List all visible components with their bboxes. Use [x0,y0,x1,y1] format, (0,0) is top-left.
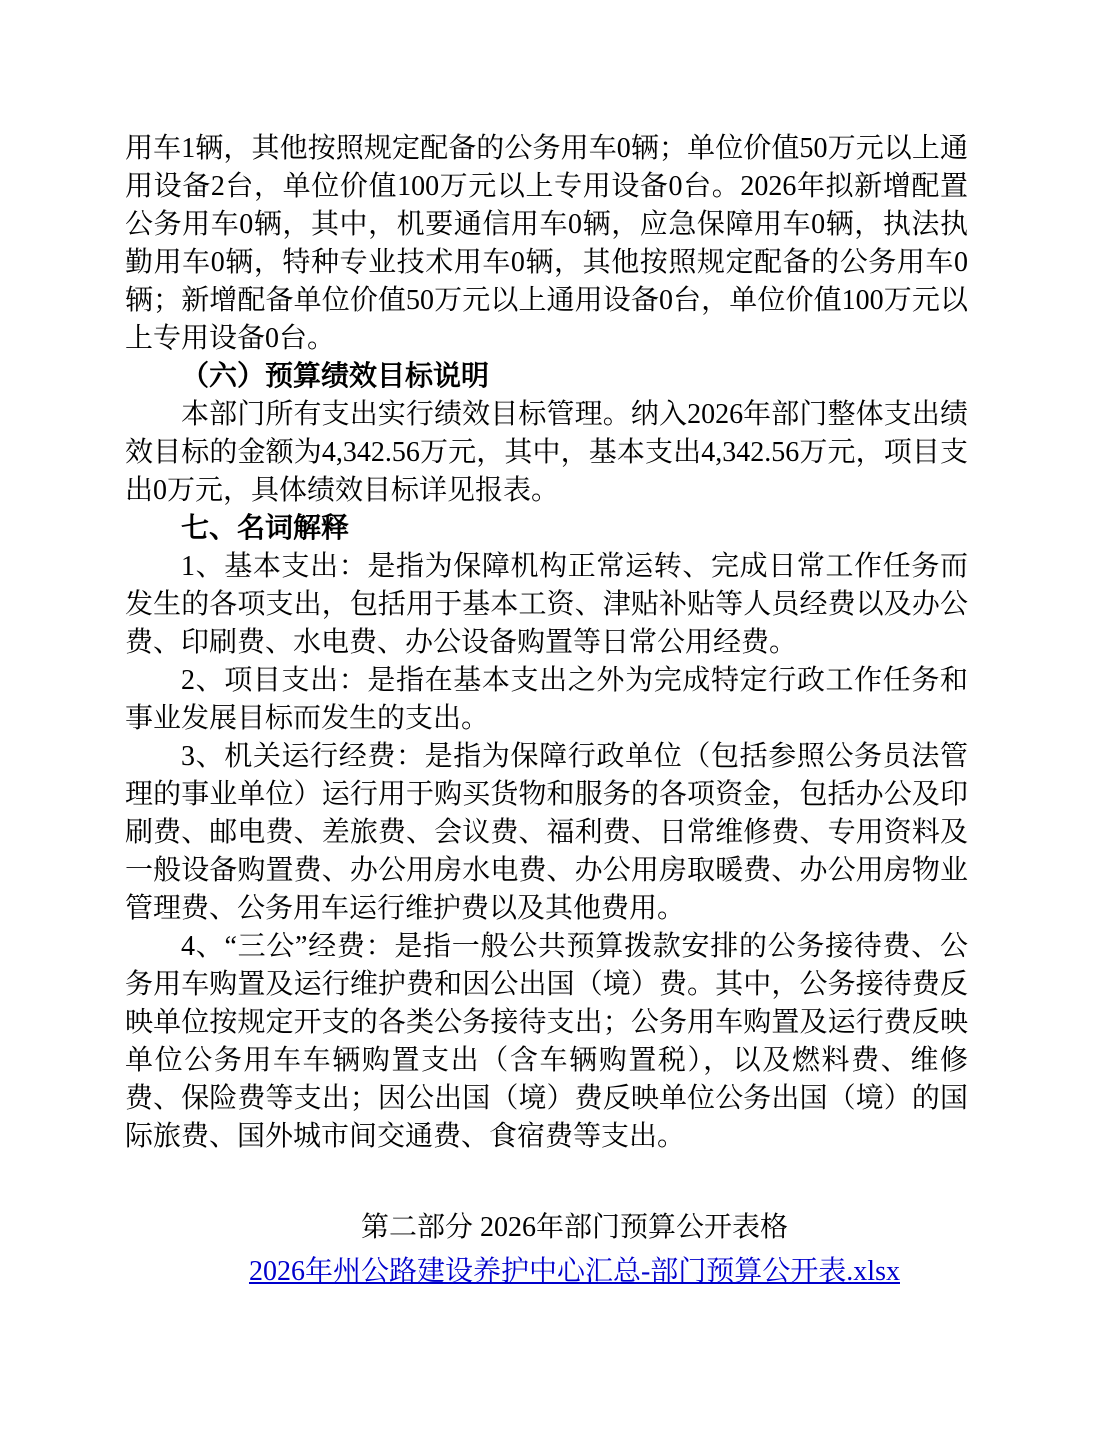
heading-section-7-glossary: 七、名词解释 [125,510,968,548]
attachment-link-xlsx[interactable]: 2026年州公路建设养护中心汇总-部门预算公开表.xlsx [249,1256,900,1287]
attachment-link-line: 2026年州公路建设养护中心汇总-部门预算公开表.xlsx [125,1250,968,1294]
paragraph-term-agency-operating-funds: 3、机关运行经费：是指为保障行政单位（包括参照公务员法管理的事业单位）运行用于购… [125,738,968,928]
paragraph-performance-target-amounts: 本部门所有支出实行绩效目标管理。纳入2026年部门整体支出绩效目标的金额为4,3… [125,396,968,510]
paragraph-term-three-public-funds: 4、“三公”经费：是指一般公共预算拨款安排的公务接待费、公务用车购置及运行维护费… [125,928,968,1156]
heading-section-6-performance-targets: （六）预算绩效目标说明 [125,358,968,396]
part-two-title: 第二部分 2026年部门预算公开表格 [125,1206,968,1250]
paragraph-vehicles-equipment-continuation: 用车1辆，其他按照规定配备的公务用车0辆；单位价值50万元以上通用设备2台，单位… [125,130,968,358]
paragraph-term-project-expenditure: 2、项目支出：是指在基本支出之外为完成特定行政工作任务和事业发展目标而发生的支出… [125,662,968,738]
paragraph-term-basic-expenditure: 1、基本支出：是指为保障机构正常运转、完成日常工作任务而发生的各项支出，包括用于… [125,548,968,662]
document-page: 用车1辆，其他按照规定配备的公务用车0辆；单位价值50万元以上通用设备2台，单位… [0,0,1105,1430]
